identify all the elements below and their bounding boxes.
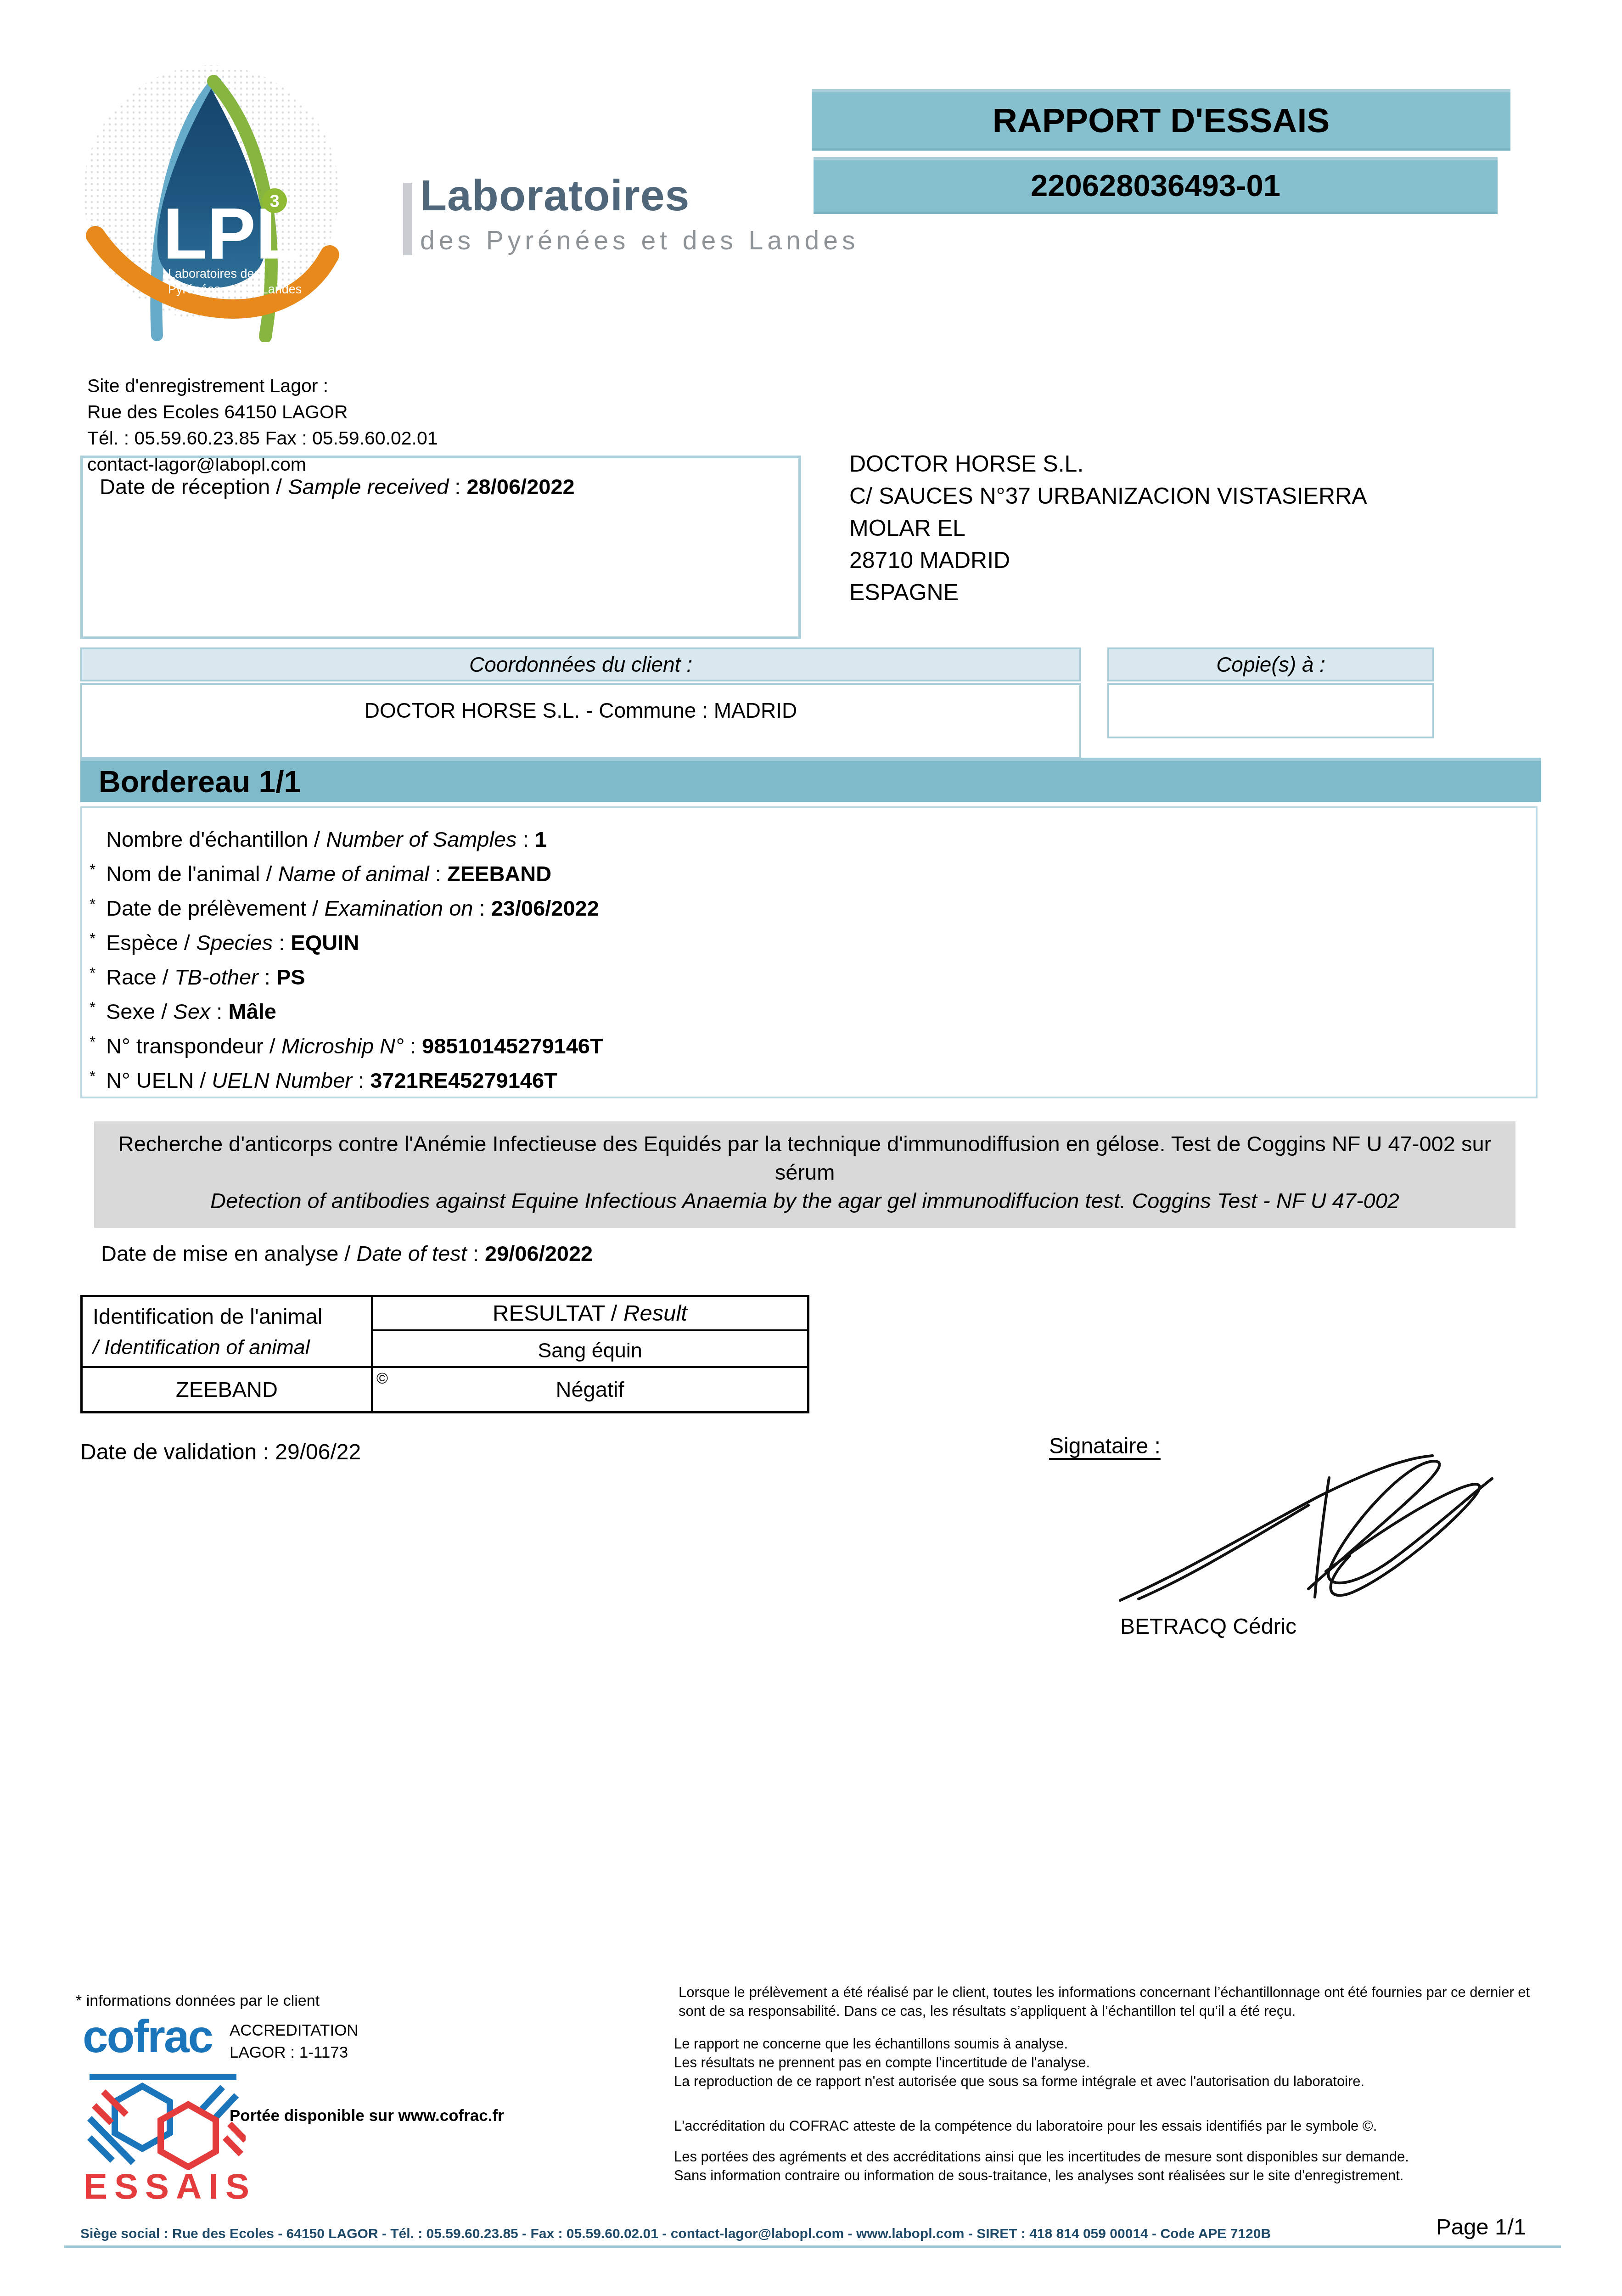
client-info-footnote: * informations données par le client <box>76 1992 320 2010</box>
legal-note-scope: Le rapport ne concerne que les échantill… <box>674 2034 1542 2053</box>
results-table: Identification de l'animal / Identificat… <box>80 1295 809 1413</box>
detail-colon: : <box>429 861 447 886</box>
result-cell: © Négatif <box>371 1368 807 1411</box>
site-phone-fax: Tél. : 05.59.60.23.85 Fax : 05.59.60.02.… <box>87 425 438 451</box>
client-coordinates-value: DOCTOR HORSE S.L. - Commune : MADRID <box>80 683 1081 759</box>
bordereau-title: Bordereau 1/1 <box>80 761 1541 802</box>
detail-label-en: Examination on <box>325 896 473 920</box>
test-description-fr: Recherche d'anticorps contre l'Anémie In… <box>94 1130 1515 1187</box>
detail-value: 23/06/2022 <box>491 896 599 920</box>
detail-label-fr: N° transpondeur / <box>106 1034 281 1058</box>
validation-date: Date de validation : 29/06/22 <box>80 1440 361 1465</box>
legal-note-cofrac: L'accréditation du COFRAC atteste de la … <box>674 2116 1542 2135</box>
detail-row-animal-name: * Nom de l'animal / Name of animal : ZEE… <box>82 856 1536 891</box>
detail-label-fr: Nom de l'animal / <box>106 861 278 886</box>
detail-value: ZEEBAND <box>447 861 551 886</box>
reception-label-en: Sample received <box>288 474 449 499</box>
detail-colon: : <box>352 1068 370 1092</box>
cofrac-scope-note: Portée disponible sur www.cofrac.fr <box>230 2107 504 2125</box>
result-header-cell: RESULTAT / Result Sang équin <box>371 1297 807 1366</box>
signer-name: BETRACQ Cédric <box>1120 1614 1296 1639</box>
report-number-band: 220628036493-01 <box>814 157 1498 214</box>
client-street: C/ SAUCES N°37 URBANIZACION VISTASIERRA <box>849 480 1367 512</box>
detail-row-ueln: * N° UELN / UELN Number : 3721RE45279146… <box>82 1063 1536 1097</box>
legal-note-sampling: Lorsque le prélèvement a été réalisé par… <box>674 1983 1542 2020</box>
detail-colon: : <box>210 999 228 1024</box>
lpl-logo-graphic: LPL 3 Laboratoires des Pyrénées et des L… <box>78 39 344 342</box>
asterisk: * <box>90 1059 95 1094</box>
company-legal-line: Siège social : Rue des Ecoles - 64150 LA… <box>80 2226 1435 2242</box>
copies-header: Copie(s) à : <box>1107 647 1434 681</box>
cofrac-essais-text: ESSAIS <box>84 2166 256 2207</box>
detail-value: Mâle <box>229 999 277 1024</box>
wordmark-title: Laboratoires <box>420 171 859 221</box>
detail-row-breed: * Race / TB-other : PS <box>82 960 1536 994</box>
asterisk: * <box>90 853 95 887</box>
logo-tagline-2: Pyrénées et des Landes <box>168 282 302 296</box>
detail-label-en: Number of Samples <box>326 827 516 851</box>
detail-label-fr: N° UELN / <box>106 1068 212 1092</box>
result-value: Négatif <box>556 1377 624 1401</box>
site-street: Rue des Ecoles 64150 LAGOR <box>87 399 438 425</box>
test-description-box: Recherche d'anticorps contre l'Anémie In… <box>94 1121 1515 1228</box>
client-name: DOCTOR HORSE S.L. <box>849 448 1367 480</box>
sample-details-box: Nombre d'échantillon / Number of Samples… <box>80 806 1538 1098</box>
accreditation-line-2: LAGOR : 1-1173 <box>230 2042 359 2064</box>
client-country: ESPAGNE <box>849 576 1367 608</box>
detail-label-fr: Date de prélèvement / <box>106 896 325 920</box>
lpl-logo: LPL 3 Laboratoires des Pyrénées et des L… <box>78 39 344 342</box>
analysis-label-en: Date of test <box>356 1241 466 1266</box>
detail-label-fr: Espèce / <box>106 930 196 955</box>
asterisk: * <box>90 922 95 956</box>
results-table-row: ZEEBAND © Négatif <box>83 1366 807 1411</box>
identification-header-cell: Identification de l'animal / Identificat… <box>83 1297 371 1366</box>
accreditation-block: ACCREDITATION LAGOR : 1-1173 <box>230 2020 359 2064</box>
page-number: Page 1/1 <box>1436 2214 1526 2240</box>
cofrac-hexagons <box>85 2069 246 2170</box>
reception-date-line: Date de réception / Sample received : 28… <box>100 474 798 499</box>
cofrac-logo-text: cofrac <box>83 2010 212 2063</box>
analysis-date-line: Date de mise en analyse / Date of test :… <box>101 1241 593 1266</box>
detail-value: 3721RE45279146T <box>370 1068 557 1092</box>
detail-label-fr: Race / <box>106 965 174 989</box>
detail-label-en: Sex <box>173 999 210 1024</box>
report-title: RAPPORT D'ESSAIS <box>812 92 1510 148</box>
client-locality: MOLAR EL <box>849 512 1367 544</box>
identification-header-fr: Identification de l'animal <box>93 1304 371 1329</box>
analysis-date-value: 29/06/2022 <box>485 1241 593 1266</box>
report-title-band: RAPPORT D'ESSAIS <box>812 89 1510 151</box>
detail-value: EQUIN <box>291 930 359 955</box>
result-header-title: RESULTAT / Result <box>373 1297 807 1331</box>
signature <box>1111 1451 1515 1607</box>
bottom-rule <box>64 2245 1561 2248</box>
lab-wordmark: Laboratoires des Pyrénées et des Landes <box>420 171 859 256</box>
logo-divider <box>403 183 412 255</box>
detail-row-samples: Nombre d'échantillon / Number of Samples… <box>82 822 1536 856</box>
sample-type: Sang équin <box>373 1331 807 1366</box>
bordereau-section-bar: Bordereau 1/1 <box>80 758 1541 802</box>
result-header-fr: RESULTAT / <box>493 1301 623 1326</box>
detail-row-sex: * Sexe / Sex : Mâle <box>82 994 1536 1029</box>
detail-row-sampling-date: * Date de prélèvement / Examination on :… <box>82 891 1536 925</box>
identification-header-en: / Identification of animal <box>93 1335 371 1359</box>
legal-note-portees: Les portées des agréments et des accrédi… <box>674 2147 1542 2166</box>
wordmark-subtitle: des Pyrénées et des Landes <box>420 225 859 256</box>
detail-row-microchip: * N° transpondeur / Microship N° : 98510… <box>82 1029 1536 1063</box>
detail-value: PS <box>276 965 305 989</box>
results-table-header: Identification de l'animal / Identificat… <box>83 1297 807 1366</box>
lab-report-page: LPL 3 Laboratoires des Pyrénées et des L… <box>0 0 1622 2296</box>
asterisk: * <box>90 887 95 922</box>
cofrac-symbol: © <box>376 1371 388 1386</box>
report-number: 220628036493-01 <box>814 160 1498 212</box>
legal-note-subcontracting: Sans information contraire ou informatio… <box>674 2166 1542 2185</box>
site-title: Site d'enregistrement Lagor : <box>87 373 438 399</box>
detail-colon: : <box>473 896 491 920</box>
logo-tagline-1: Laboratoires des <box>168 267 260 281</box>
reception-colon: : <box>449 474 466 499</box>
test-description-en: Detection of antibodies against Equine I… <box>94 1187 1515 1215</box>
detail-label-en: Species <box>196 930 273 955</box>
detail-row-species: * Espèce / Species : EQUIN <box>82 925 1536 960</box>
cofrac-logo-graphic <box>85 2069 246 2170</box>
signature-graphic <box>1111 1451 1515 1607</box>
animal-id-cell: ZEEBAND <box>83 1368 371 1411</box>
detail-colon: : <box>517 827 535 851</box>
detail-label-fr: Sexe / <box>106 999 173 1024</box>
detail-value: 1 <box>535 827 547 851</box>
client-city: 28710 MADRID <box>849 544 1367 576</box>
result-header-en: Result <box>623 1301 687 1326</box>
detail-label-en: Microship N° <box>281 1034 404 1058</box>
asterisk: * <box>90 990 95 1025</box>
logo-exponent: 3 <box>269 192 279 211</box>
detail-label-fr: Nombre d'échantillon / <box>106 827 326 851</box>
detail-label-en: UELN Number <box>212 1068 352 1092</box>
accreditation-line-1: ACCREDITATION <box>230 2020 359 2042</box>
detail-label-en: TB-other <box>174 965 258 989</box>
legal-note-reproduction: La reproduction de ce rapport n'est auto… <box>674 2072 1542 2091</box>
detail-colon: : <box>273 930 291 955</box>
detail-colon: : <box>258 965 276 989</box>
reception-date-box: Date de réception / Sample received : 28… <box>80 456 801 639</box>
legal-notes-block: Lorsque le prélèvement a été réalisé par… <box>674 1983 1542 2185</box>
client-address-block: DOCTOR HORSE S.L. C/ SAUCES N°37 URBANIZ… <box>849 448 1367 608</box>
reception-label-fr: Date de réception / <box>100 474 288 499</box>
client-coordinates-header: Coordonnées du client : <box>80 647 1081 681</box>
detail-label-en: Name of animal <box>278 861 429 886</box>
detail-colon: : <box>404 1034 422 1058</box>
analysis-colon: : <box>467 1241 485 1266</box>
asterisk: * <box>90 956 95 990</box>
reception-date-value: 28/06/2022 <box>466 474 574 499</box>
legal-note-uncertainty: Les résultats ne prennent pas en compte … <box>674 2053 1542 2072</box>
copies-value <box>1107 683 1434 738</box>
detail-value: 98510145279146T <box>422 1034 603 1058</box>
asterisk: * <box>90 1025 95 1059</box>
analysis-label-fr: Date de mise en analyse / <box>101 1241 356 1266</box>
